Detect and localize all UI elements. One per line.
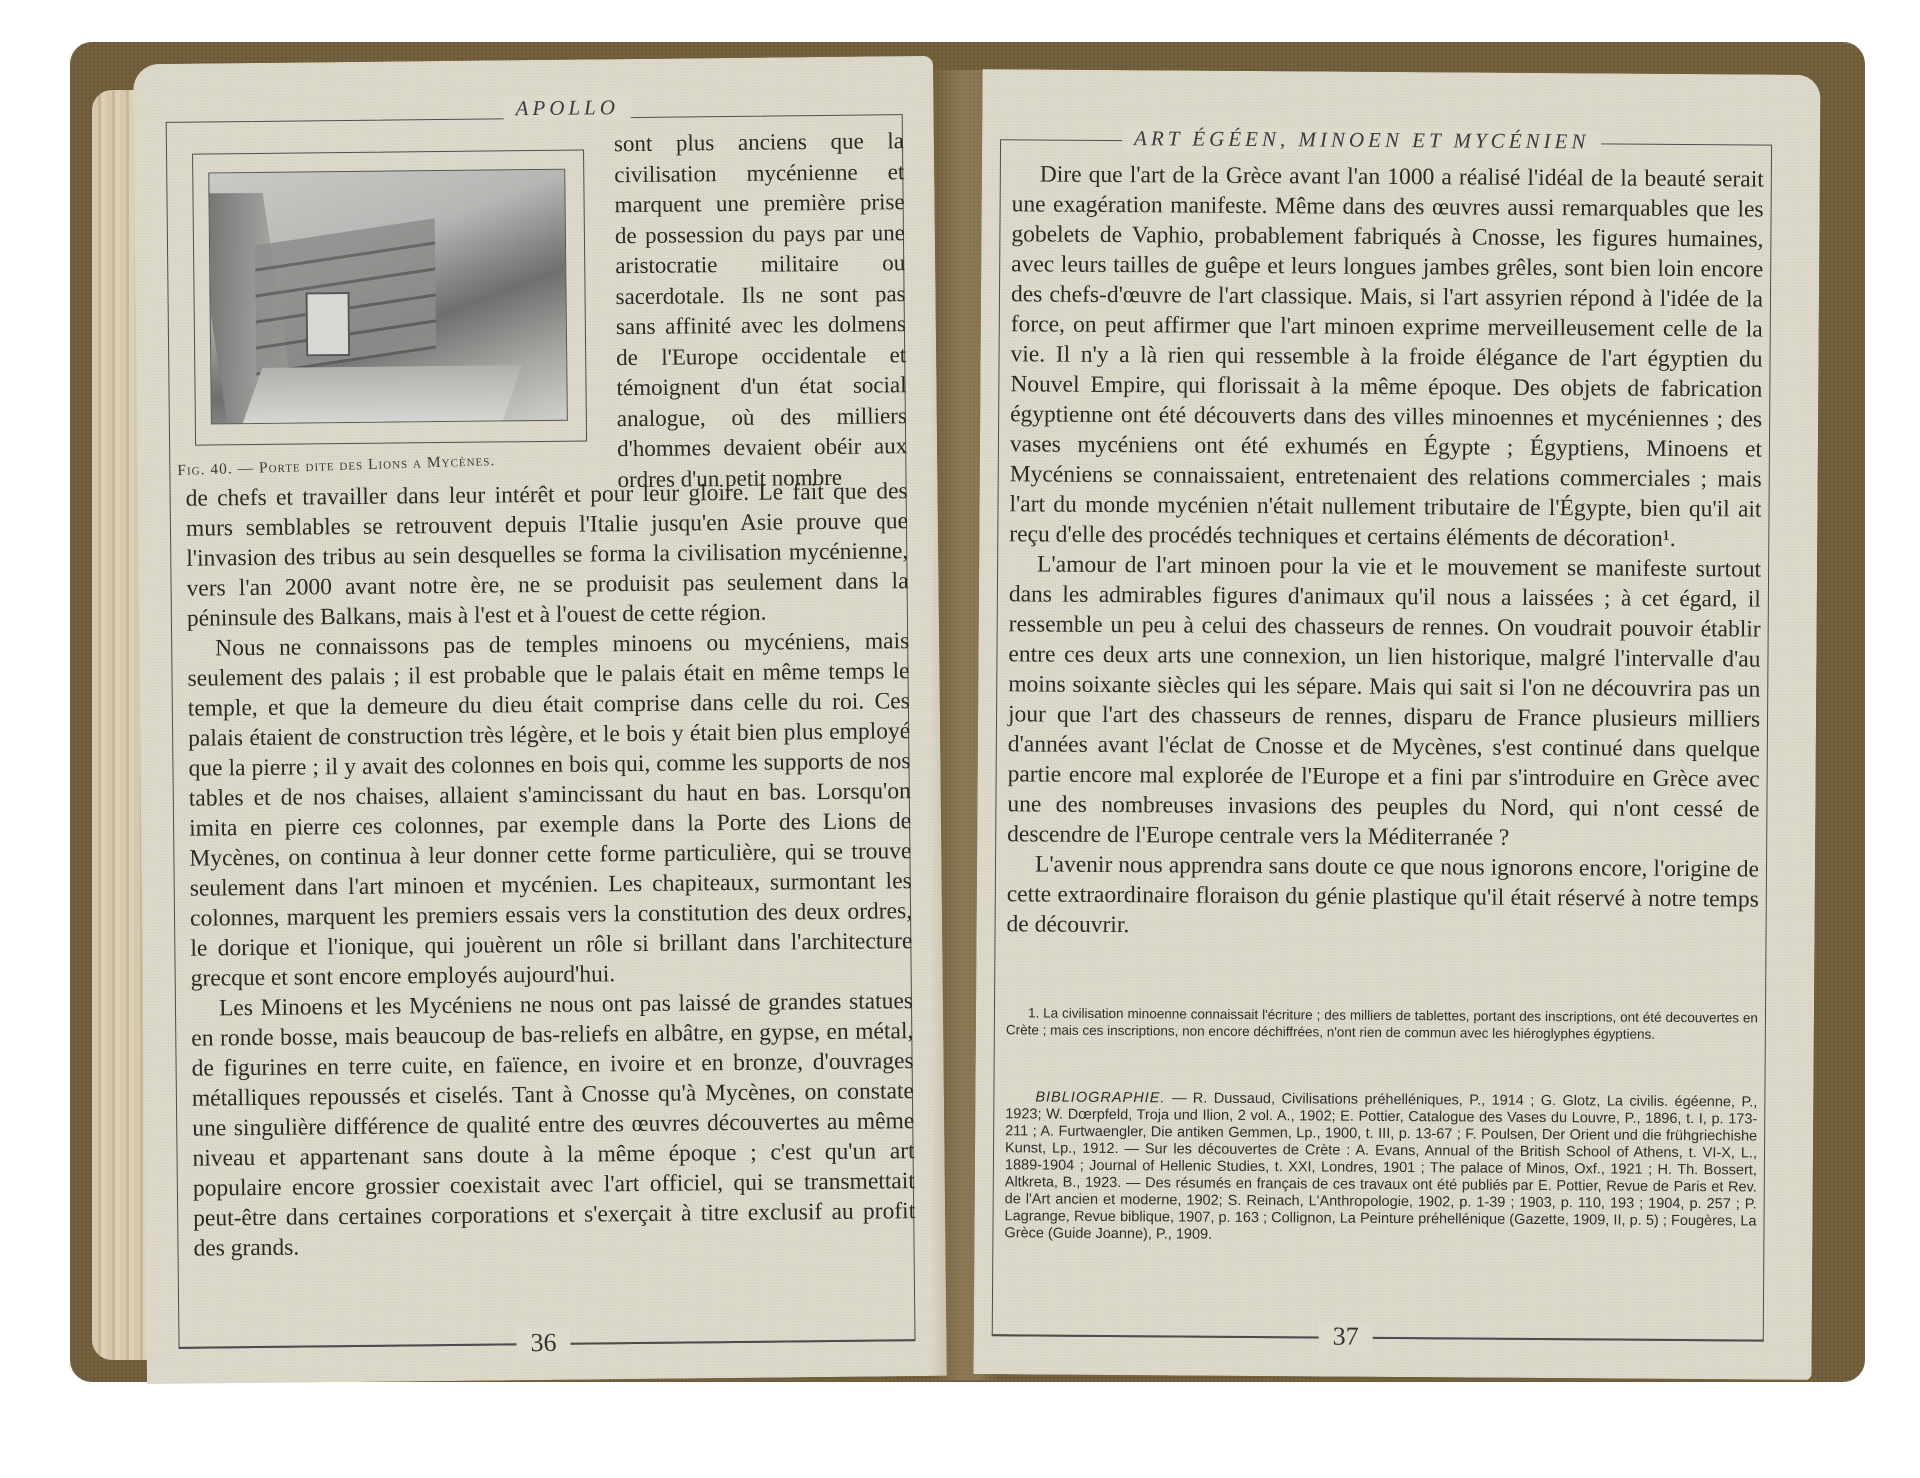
figure-photo-lion-gate	[208, 169, 568, 425]
left-paragraph-2: Nous ne connaissons pas de temples minoe…	[187, 626, 913, 994]
right-page: ART ÉGÉEN, MINOEN ET MYCÉNIEN Dire que l…	[973, 69, 1820, 1380]
left-paragraph-1: de chefs et travailler dans leur intérêt…	[186, 476, 910, 634]
bibliography: BIBLIOGRAPHIE. — R. Dussaud, Civilisatio…	[1004, 1089, 1757, 1247]
footnote: 1. La civilisation minoenne connaissait …	[1006, 1004, 1758, 1043]
left-running-head: APOLLO	[503, 95, 631, 121]
left-page-number: 36	[516, 1328, 570, 1359]
bibliography-text: — R. Dussaud, Civilisations préhelléniqu…	[1004, 1090, 1757, 1242]
left-paragraph-3: Les Minoens et les Mycéniens ne nous ont…	[191, 986, 916, 1264]
bibliography-label: BIBLIOGRAPHIE.	[1035, 1089, 1165, 1106]
side-column-paragraph: sont plus anciens que la civilisation my…	[614, 126, 908, 495]
right-paragraph-2: L'amour de l'art minoen pour la vie et l…	[1007, 549, 1761, 854]
right-running-head: ART ÉGÉEN, MINOEN ET MYCÉNIEN	[1122, 126, 1601, 154]
left-main-text: de chefs et travailler dans leur intérêt…	[186, 476, 916, 1264]
right-paragraph-1: Dire que l'art de la Grèce avant l'an 10…	[1009, 159, 1764, 554]
side-column-text: sont plus anciens que la civilisation my…	[614, 126, 908, 495]
figure-frame	[192, 150, 587, 446]
right-main-text: Dire que l'art de la Grèce avant l'an 10…	[1006, 159, 1763, 944]
right-paragraph-3: L'avenir nous apprendra sans doute ce qu…	[1006, 849, 1759, 944]
left-page: APOLLO Fig. 40. — Porte dite des Lions a…	[133, 56, 947, 1384]
right-page-number: 37	[1319, 1321, 1373, 1351]
